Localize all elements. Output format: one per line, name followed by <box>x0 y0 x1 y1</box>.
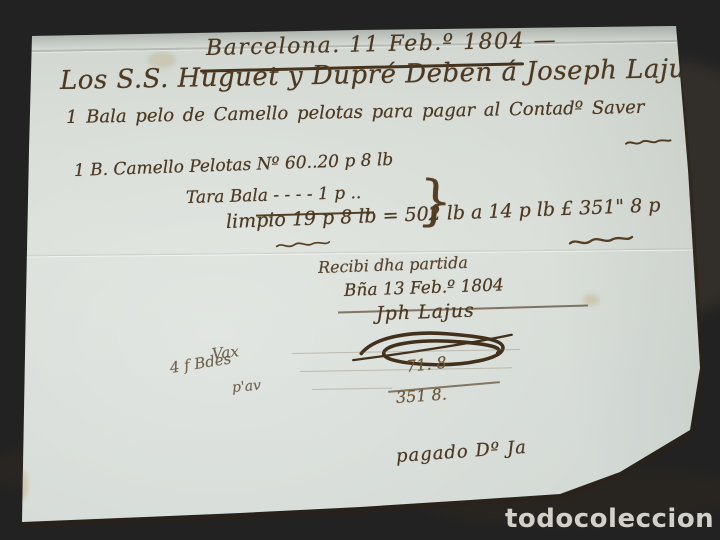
underline-flourish <box>624 135 672 149</box>
receipt-date-line: Bña 13 Feb.º 1804 <box>344 275 504 301</box>
pencil-note-3: p'av <box>231 377 261 395</box>
underline-flourish <box>232 237 374 253</box>
tara-line: Tara Bala - - - - 1 p .. <box>186 183 362 208</box>
amount-total: 351 8. <box>395 384 447 407</box>
signature: Jph Lajus <box>376 300 476 325</box>
watermark-text: todocoleccion <box>505 504 714 534</box>
description-line: 1 Bala pelo de Camello pelotas para paga… <box>66 97 645 128</box>
underline-flourish <box>542 231 661 250</box>
paid-note: pagado Dº Ja <box>395 437 527 467</box>
photo-scene: Barcelona. 11 Feb.º 1804 — Los S.S. Hugu… <box>0 0 720 540</box>
pencil-note-2: 4 f Bdes <box>169 349 233 376</box>
leader-line <box>312 388 392 390</box>
gross-weight-line: 1 B. Camello Pelotas Nº 60..20 p 8 lb <box>74 150 394 181</box>
receipt-line: Recibi dha partida <box>318 253 469 277</box>
paper-sheet: Barcelona. 11 Feb.º 1804 — Los S.S. Hugu… <box>0 0 720 540</box>
